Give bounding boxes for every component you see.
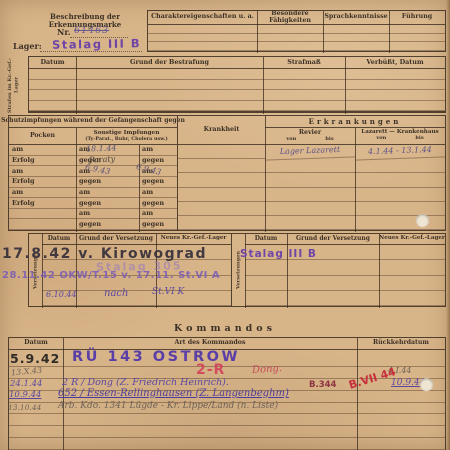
traits-col-languages: Sprachkenntnisse <box>323 11 389 25</box>
grid-line-cell <box>9 438 63 450</box>
stalag-3b-stamp: Stalag III B <box>240 248 317 260</box>
lager-dotted-line <box>40 51 142 52</box>
column-divider <box>257 11 258 53</box>
grid-line-cell <box>323 42 389 51</box>
grid-line-cell <box>263 69 345 80</box>
grid-line-cell <box>323 25 389 34</box>
okw-transfer-stamp: 28.11.42 OKW/T.15 v. 17.11. St.VI A <box>2 270 220 281</box>
grid-line-cell <box>265 173 355 187</box>
grid-line-cell <box>178 145 265 159</box>
grid-line-cell <box>357 391 445 403</box>
impf-label: gegen <box>76 177 139 188</box>
traits-col-conduct: Führung <box>389 11 445 25</box>
traits-col-skills: Besondere Fähigkeiten <box>257 11 323 25</box>
grid-line-cell <box>355 216 445 230</box>
traits-table: Charaktereigenschaften u. a. Besondere F… <box>147 10 446 52</box>
impf-label <box>9 219 76 230</box>
impf-label <box>9 209 76 220</box>
impfungen-title: Schutzimpfungen während der Gefangenscha… <box>9 116 177 128</box>
bis-label: bis <box>325 137 333 142</box>
column-divider <box>76 128 77 232</box>
grid-line-cell <box>263 90 345 101</box>
impf-hw-date-1: 18.1.44 <box>86 143 117 153</box>
grid-line-cell <box>345 80 445 91</box>
vers-hw-datum: 6.10.44 <box>46 290 77 299</box>
grid-line-cell <box>265 188 355 202</box>
grid-line-cell <box>379 260 445 275</box>
grid-line-cell <box>357 350 445 367</box>
impf-label: am <box>76 188 139 199</box>
grid-line-cell <box>29 69 76 80</box>
column-divider <box>379 234 380 308</box>
komm-entry-4-art: 652 / Essen-Rellinghausen (Z. Langenbegh… <box>58 388 289 399</box>
von-label: von <box>286 137 296 142</box>
erkrankungen-table: Krankheit Erkrankungen Revier vonbis Laz… <box>178 115 446 231</box>
grid-line-cell <box>148 25 257 34</box>
vers-col-neues: Neues Kr.-Gef.-Lager <box>156 234 231 245</box>
grid-line-cell <box>63 426 357 438</box>
grid-line-cell <box>63 438 357 450</box>
grid-line-cell <box>357 438 445 450</box>
impf-label: gegen <box>139 219 177 230</box>
impf-label: gegen <box>76 219 139 230</box>
nr-value-handwritten: 61463 <box>74 25 109 36</box>
grid-line-cell <box>257 34 323 43</box>
strafen-col-strafmass: Strafmaß <box>263 57 345 69</box>
hole-punch <box>420 378 433 391</box>
komm-entry-3-b344-stamp: B.344 <box>309 380 336 390</box>
grid-line-cell <box>355 173 445 187</box>
impfungen-col-sonstige-detail: (Ty-Parat., Ruhr, Cholera usw.) <box>85 137 167 142</box>
komm-col-datum: Datum <box>9 338 63 350</box>
grid-line-cell <box>357 426 445 438</box>
column-divider <box>76 57 77 114</box>
vers-col-grund: Grund der Versetzung <box>287 234 379 245</box>
grid-line-cell <box>178 216 265 230</box>
column-divider <box>357 338 358 450</box>
vers-hw-grund: nach <box>104 288 128 299</box>
grid-line-cell <box>265 202 355 216</box>
komm-entry-2-red-stamp: 2-R <box>196 362 225 378</box>
grid-line-cell <box>345 101 445 112</box>
impf-label: am <box>139 145 177 156</box>
erkr-entry-lazarett: 4.1.44 - 13.1.44 <box>355 143 445 160</box>
grid-line-cell <box>29 90 76 101</box>
grid-line-cell <box>379 291 445 306</box>
grid-line-cell <box>263 101 345 112</box>
grid-line-cell <box>178 159 265 173</box>
card-edge-shadow <box>446 0 450 450</box>
grid-line-cell <box>345 69 445 80</box>
grid-line-cell <box>178 173 265 187</box>
strafen-table: Datum Grund der Bestrafung Strafmaß Verb… <box>28 56 446 113</box>
grid-line-cell <box>29 101 76 112</box>
impf-label: am <box>139 188 177 199</box>
impf-label: gegen <box>139 198 177 209</box>
von-label: von <box>376 136 386 141</box>
hole-punch <box>416 214 429 227</box>
strafen-col-verbuesst: Verbüßt, Datum <box>345 57 445 69</box>
column-divider <box>323 11 324 53</box>
kommandos-title: Kommandos <box>0 323 450 334</box>
column-divider <box>245 234 246 308</box>
grid-line-cell <box>29 80 76 91</box>
grid-line-cell <box>355 202 445 216</box>
strafen-side-label: Strafen im Kr.-Gef.-Lager <box>7 57 27 113</box>
komm-entry-4-datum: 10.9.44 <box>9 390 41 400</box>
bis-label: bis <box>415 136 423 141</box>
vers-col-datum: Datum <box>245 234 287 245</box>
grid-line-cell <box>287 260 379 275</box>
impf-label: am <box>76 209 139 220</box>
lager-label: Lager: <box>13 41 42 51</box>
column-divider <box>345 57 346 114</box>
lager-stamp: Stalag III B <box>52 36 141 52</box>
grid-line-cell <box>9 414 63 426</box>
grid-line-cell <box>345 90 445 101</box>
vers-col-grund: Grund der Versetzung <box>76 234 156 245</box>
impfungen-col-pocken: Pocken <box>9 128 76 145</box>
grid-line-cell <box>9 426 63 438</box>
strafen-col-grund: Grund der Bestrafung <box>76 57 263 69</box>
grid-line-cell <box>389 42 445 51</box>
column-divider <box>389 11 390 53</box>
komm-col-rueckkehr: Rückkehrdatum <box>357 338 445 350</box>
grid-line-cell <box>265 216 355 230</box>
versetzungen-table-right: Versetzungen Datum Grund der Versetzung … <box>232 233 446 307</box>
grid-line-cell <box>379 276 445 291</box>
grid-line-cell <box>76 80 263 91</box>
grid-line-cell <box>245 260 287 275</box>
grid-line-cell <box>63 414 357 426</box>
impf-label: gegen <box>76 198 139 209</box>
grid-line-cell <box>257 42 323 51</box>
grid-line-cell <box>287 276 379 291</box>
column-divider <box>263 57 264 114</box>
grid-line-cell <box>323 34 389 43</box>
erkr-entry-revier: Lager Lazarett <box>265 143 355 160</box>
vers-hw-lager: St.VI K <box>152 287 184 297</box>
impf-label: Erfolg <box>9 198 76 209</box>
komm-entry-5-art: Arb. Kdo. 1341 Lügde - Kr. Lippe/Land (n… <box>58 401 278 411</box>
grid-line-cell <box>379 245 445 260</box>
grid-line-cell <box>265 159 355 173</box>
impf-label: am <box>139 209 177 220</box>
versetzungen-side-label: Versetzungen <box>232 234 245 306</box>
grid-line-cell <box>76 69 263 80</box>
impf-label: am <box>9 188 76 199</box>
grid-line-cell <box>178 188 265 202</box>
pow-record-card: Beschreibung der Erkennungsmarke Nr. 614… <box>0 0 450 450</box>
strafen-col-datum: Datum <box>29 57 76 69</box>
komm-entry-1-datum: 5.9.42 <box>10 351 60 366</box>
column-divider <box>287 234 288 308</box>
komm-entry-3-datum: 24.1.44 <box>10 379 42 389</box>
impf-label: gegen <box>139 177 177 188</box>
komm-entry-5-datum: 13.10.44 <box>8 403 41 412</box>
grid-line-cell <box>148 42 257 51</box>
grid-line-cell <box>287 291 379 306</box>
grid-line-cell <box>245 291 287 306</box>
impf-label: am <box>9 166 76 177</box>
column-divider <box>139 145 140 232</box>
impf-label: am <box>9 145 76 156</box>
grid-line-cell <box>178 202 265 216</box>
vers-col-neues: Neues Kr.-Gef.-Lager <box>379 234 445 245</box>
grid-line-cell <box>389 25 445 34</box>
traits-col-character: Charaktereigenschaften u. a. <box>148 11 257 25</box>
komm-entry-3-art: 2 R / Dong (Z. Friedrich Heinrich). <box>62 377 229 388</box>
impf-label: Erfolg <box>9 177 76 188</box>
erkr-col-krankheit: Krankheit <box>178 116 265 145</box>
komm-entry-2-art: Dong. <box>252 363 283 376</box>
grid-line-cell <box>357 414 445 426</box>
grid-line-cell <box>389 34 445 43</box>
grid-line-cell <box>357 403 445 415</box>
grid-line-cell <box>76 101 263 112</box>
grid-line-cell <box>245 276 287 291</box>
grid-line-cell <box>355 188 445 202</box>
grid-line-cell <box>257 25 323 34</box>
grid-line-cell <box>76 90 263 101</box>
column-divider <box>355 128 356 232</box>
erkrankungen-title: Erkrankungen <box>265 116 445 128</box>
grid-line-cell <box>355 159 445 173</box>
nr-label: Nr. <box>57 27 71 37</box>
vers-col-datum: Datum <box>42 234 76 245</box>
grid-line-cell <box>263 80 345 91</box>
column-divider <box>265 116 266 232</box>
grid-line-cell <box>148 34 257 43</box>
impf-label: Erfolg <box>9 156 76 167</box>
